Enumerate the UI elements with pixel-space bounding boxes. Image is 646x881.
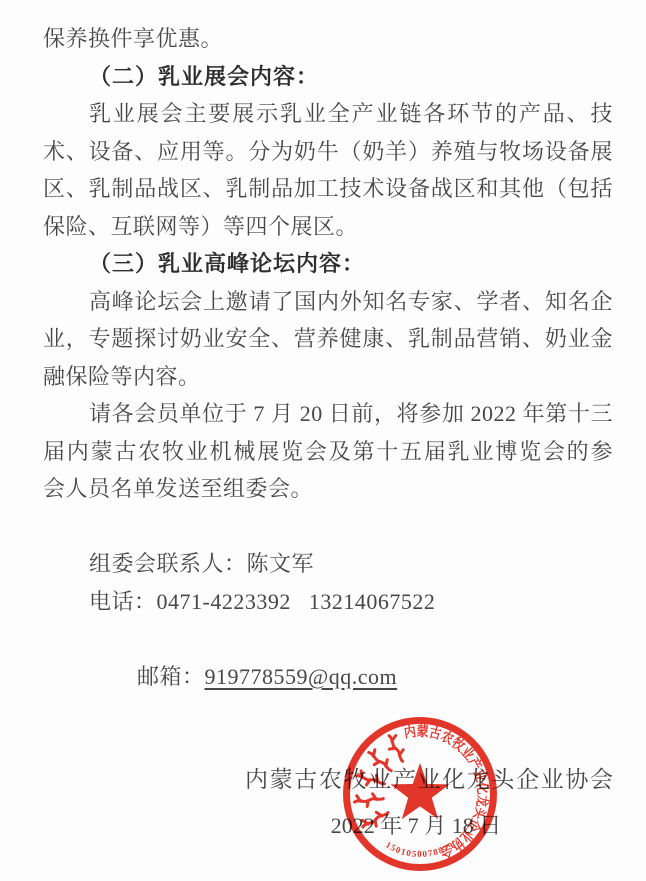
- body-line: 保险、互联网等）等四个展区。: [43, 208, 613, 246]
- blank-line: [43, 508, 613, 546]
- paragraph-tail-line: 保养换件享优惠。: [43, 20, 613, 58]
- document-page: 保养换件享优惠。 （二）乳业展会内容： 乳业展会主要展示乳业全产业链各环节的产品…: [0, 0, 646, 881]
- contact-person-line: 组委会联系人：陈文军: [89, 545, 613, 583]
- body-line: 届内蒙古农牧业机械展览会及第十五届乳业博览会的参: [43, 433, 613, 471]
- body-line: 业，专题探讨奶业安全、营养健康、乳制品营销、奶业金: [43, 320, 613, 358]
- official-seal: 内蒙古农牧业产业化龙头企业协会 1501050078879: [336, 710, 504, 878]
- section-heading-2: （二）乳业展会内容：: [43, 58, 613, 96]
- section-heading-3: （三）乳业高峰论坛内容：: [43, 245, 613, 283]
- document-body: 保养换件享优惠。 （二）乳业展会内容： 乳业展会主要展示乳业全产业链各环节的产品…: [43, 20, 613, 733]
- email-link[interactable]: 919778559@qq.com: [205, 664, 398, 689]
- body-line: 融保险等内容。: [43, 358, 613, 396]
- body-line: 会人员名单发送至组委会。: [43, 470, 613, 508]
- contact-block: 组委会联系人：陈文军 电话：0471-4223392 13214067522 邮…: [89, 545, 613, 733]
- body-line: 高峰论坛会上邀请了国内外知名专家、学者、知名企: [43, 283, 613, 321]
- body-line: 术、设备、应用等。分为奶牛（奶羊）养殖与牧场设备展: [43, 133, 613, 171]
- email-label: 邮箱：: [137, 664, 205, 689]
- body-line: 请各会员单位于 7 月 20 日前，将参加 2022 年第十三: [43, 395, 613, 433]
- body-line: 区、乳制品战区、乳制品加工技术设备战区和其他（包括: [43, 170, 613, 208]
- contact-phone-line: 电话：0471-4223392 13214067522: [89, 583, 613, 621]
- star-icon: [391, 763, 450, 819]
- body-line: 乳业展会主要展示乳业全产业链各环节的产品、技: [43, 95, 613, 133]
